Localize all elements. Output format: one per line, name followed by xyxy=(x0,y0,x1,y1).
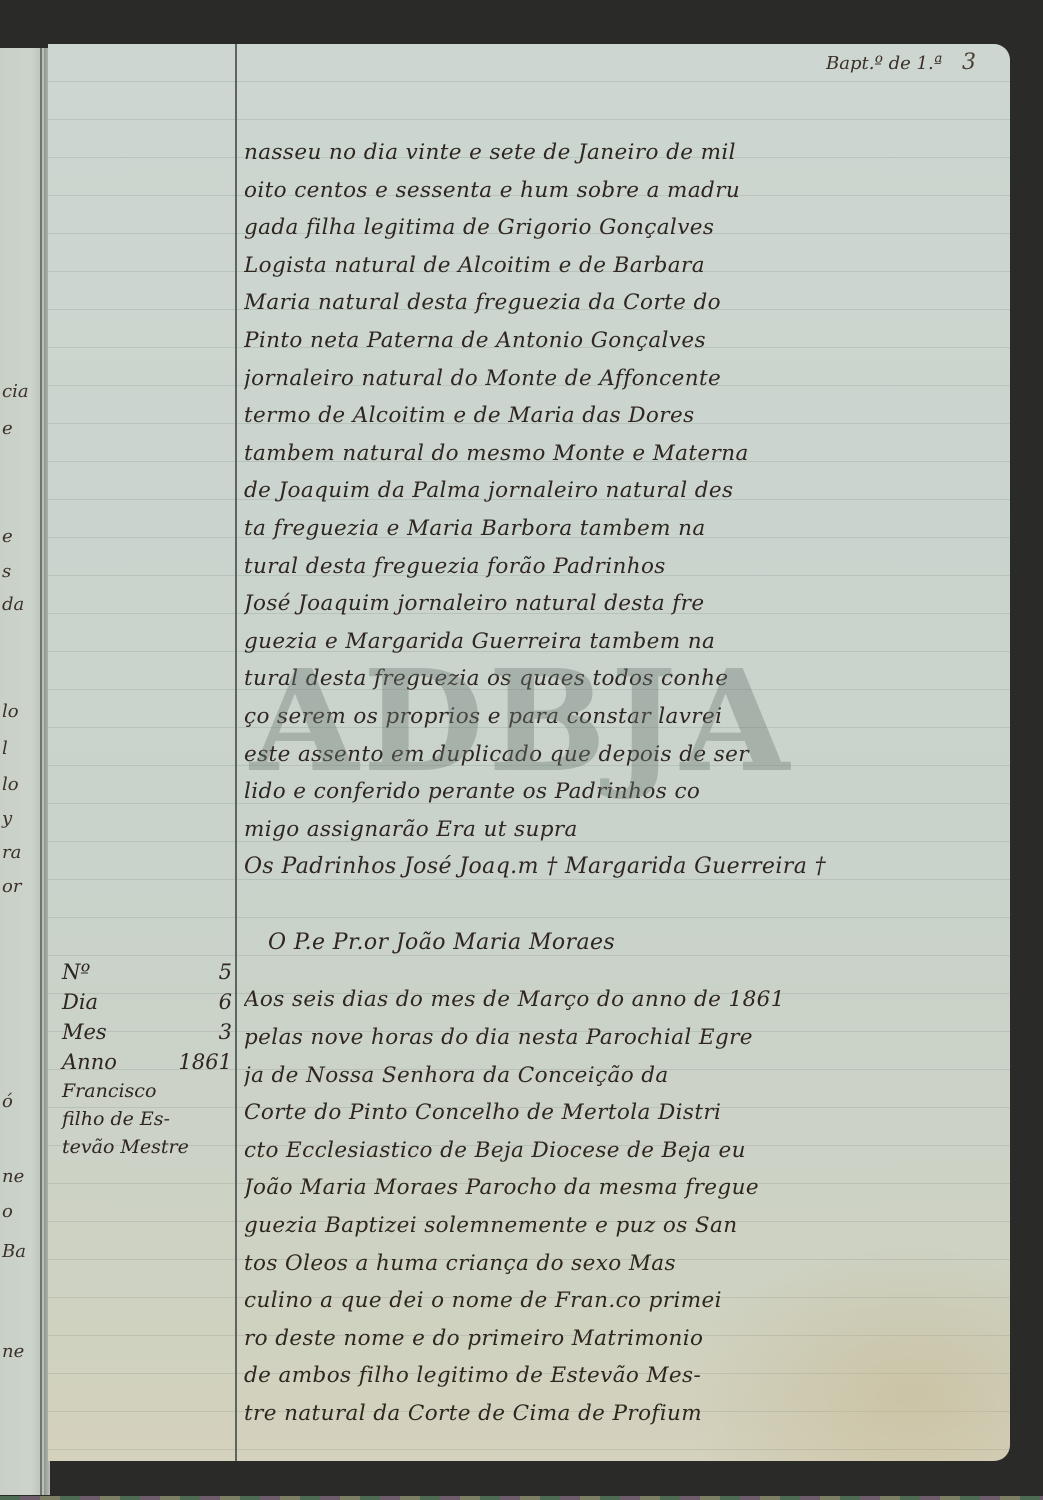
left-page-fragment: e xyxy=(2,526,13,547)
left-page-fragment: cia xyxy=(2,381,29,402)
text-line: João Maria Moraes Parocho da mesma fregu… xyxy=(244,1169,990,1207)
left-page-fragment: s xyxy=(2,561,11,582)
left-page-fragment: ó xyxy=(2,1091,13,1112)
left-page-fragment: lo xyxy=(2,701,19,722)
left-page-edge: ciaeesdalolloyraoróneoBane xyxy=(0,48,44,1495)
folio-number: 3 xyxy=(962,50,976,75)
left-page-fragment: o xyxy=(2,1201,13,1222)
color-calibration-strip xyxy=(0,1496,1043,1500)
text-line: Corte do Pinto Concelho de Mertola Distr… xyxy=(244,1094,990,1132)
text-line: tambem natural do mesmo Monte e Materna xyxy=(244,435,990,473)
left-page-fragment: or xyxy=(2,876,21,897)
left-page-margin-rule xyxy=(40,48,42,1495)
text-line: migo assignarão Era ut supra xyxy=(244,811,990,849)
text-line: oito centos e sessenta e hum sobre a mad… xyxy=(244,172,990,210)
text-line: ro deste nome e do primeiro Matrimonio xyxy=(244,1320,990,1358)
left-page-fragment: ne xyxy=(2,1166,24,1187)
entry-day: Dia 6 xyxy=(62,987,232,1017)
text-line: tos Oleos a huma criança do sexo Mas xyxy=(244,1245,990,1283)
left-page-fragment: ne xyxy=(2,1341,24,1362)
text-line: nasseu no dia vinte e sete de Janeiro de… xyxy=(244,134,990,172)
left-page-fragment: da xyxy=(2,594,24,615)
page-header: Bapt.º de 1.ª 3 xyxy=(826,50,976,75)
text-line: gada filha legitima de Grigorio Gonçalve… xyxy=(244,209,990,247)
left-page-fragment: ra xyxy=(2,842,21,863)
left-page-fragment: y xyxy=(2,808,12,829)
left-page-fragment: l xyxy=(2,738,8,759)
text-line: termo de Alcoitim e de Maria das Dores xyxy=(244,397,990,435)
text-line: cto Ecclesiastico de Beja Diocese de Bej… xyxy=(244,1132,990,1170)
child-name: Francisco xyxy=(62,1077,232,1105)
entry-year: Anno 1861 xyxy=(62,1047,232,1077)
text-line: guezia Baptizei solemnemente e puz os Sa… xyxy=(244,1207,990,1245)
left-page-fragment: e xyxy=(2,418,13,439)
text-line: culino a que dei o nome de Fran.co prime… xyxy=(244,1282,990,1320)
priest-signature: O P.e Pr.or João Maria Moraes xyxy=(244,924,990,962)
text-line: jornaleiro natural do Monte de Affoncent… xyxy=(244,360,990,398)
text-line: de ambos filho legitimo de Estevão Mes- xyxy=(244,1357,990,1395)
entry-margin-summary: Nº 5 Dia 6 Mes 3 Anno 1861 Francisco fil… xyxy=(62,957,232,1161)
text-line: José Joaquim jornaleiro natural desta fr… xyxy=(244,585,990,623)
current-entry-lines: Aos seis dias do mes de Março do anno de… xyxy=(244,981,990,1432)
register-label: Bapt.º de 1.ª xyxy=(826,53,942,74)
text-line: pelas nove horas do dia nesta Parochial … xyxy=(244,1019,990,1057)
text-line: Maria natural desta freguezia da Corte d… xyxy=(244,284,990,322)
text-line: de Joaquim da Palma jornaleiro natural d… xyxy=(244,472,990,510)
left-page-fragment: Ba xyxy=(2,1241,26,1262)
text-line: Logista natural de Alcoitim e de Barbara xyxy=(244,247,990,285)
left-page-fragment: lo xyxy=(2,774,19,795)
margin-rule xyxy=(235,44,237,1461)
entry-number: Nº 5 xyxy=(62,957,232,987)
godparents-signature: Os Padrinhos José Joaq.m † Margarida Gue… xyxy=(244,848,990,886)
text-line: tural desta freguezia forão Padrinhos xyxy=(244,548,990,586)
text-line: tre natural da Corte de Cima de Profium xyxy=(244,1395,990,1433)
text-line: ja de Nossa Senhora da Conceição da xyxy=(244,1057,990,1095)
archive-watermark: ADBJA xyxy=(250,640,793,804)
text-line: Aos seis dias do mes de Março do anno de… xyxy=(244,981,990,1019)
entry-month: Mes 3 xyxy=(62,1017,232,1047)
child-filiation-1: filho de Es- xyxy=(62,1105,232,1133)
text-line: Pinto neta Paterna de Antonio Gonçalves xyxy=(244,322,990,360)
child-filiation-2: tevão Mestre xyxy=(62,1133,232,1161)
text-line: ta freguezia e Maria Barbora tambem na xyxy=(244,510,990,548)
